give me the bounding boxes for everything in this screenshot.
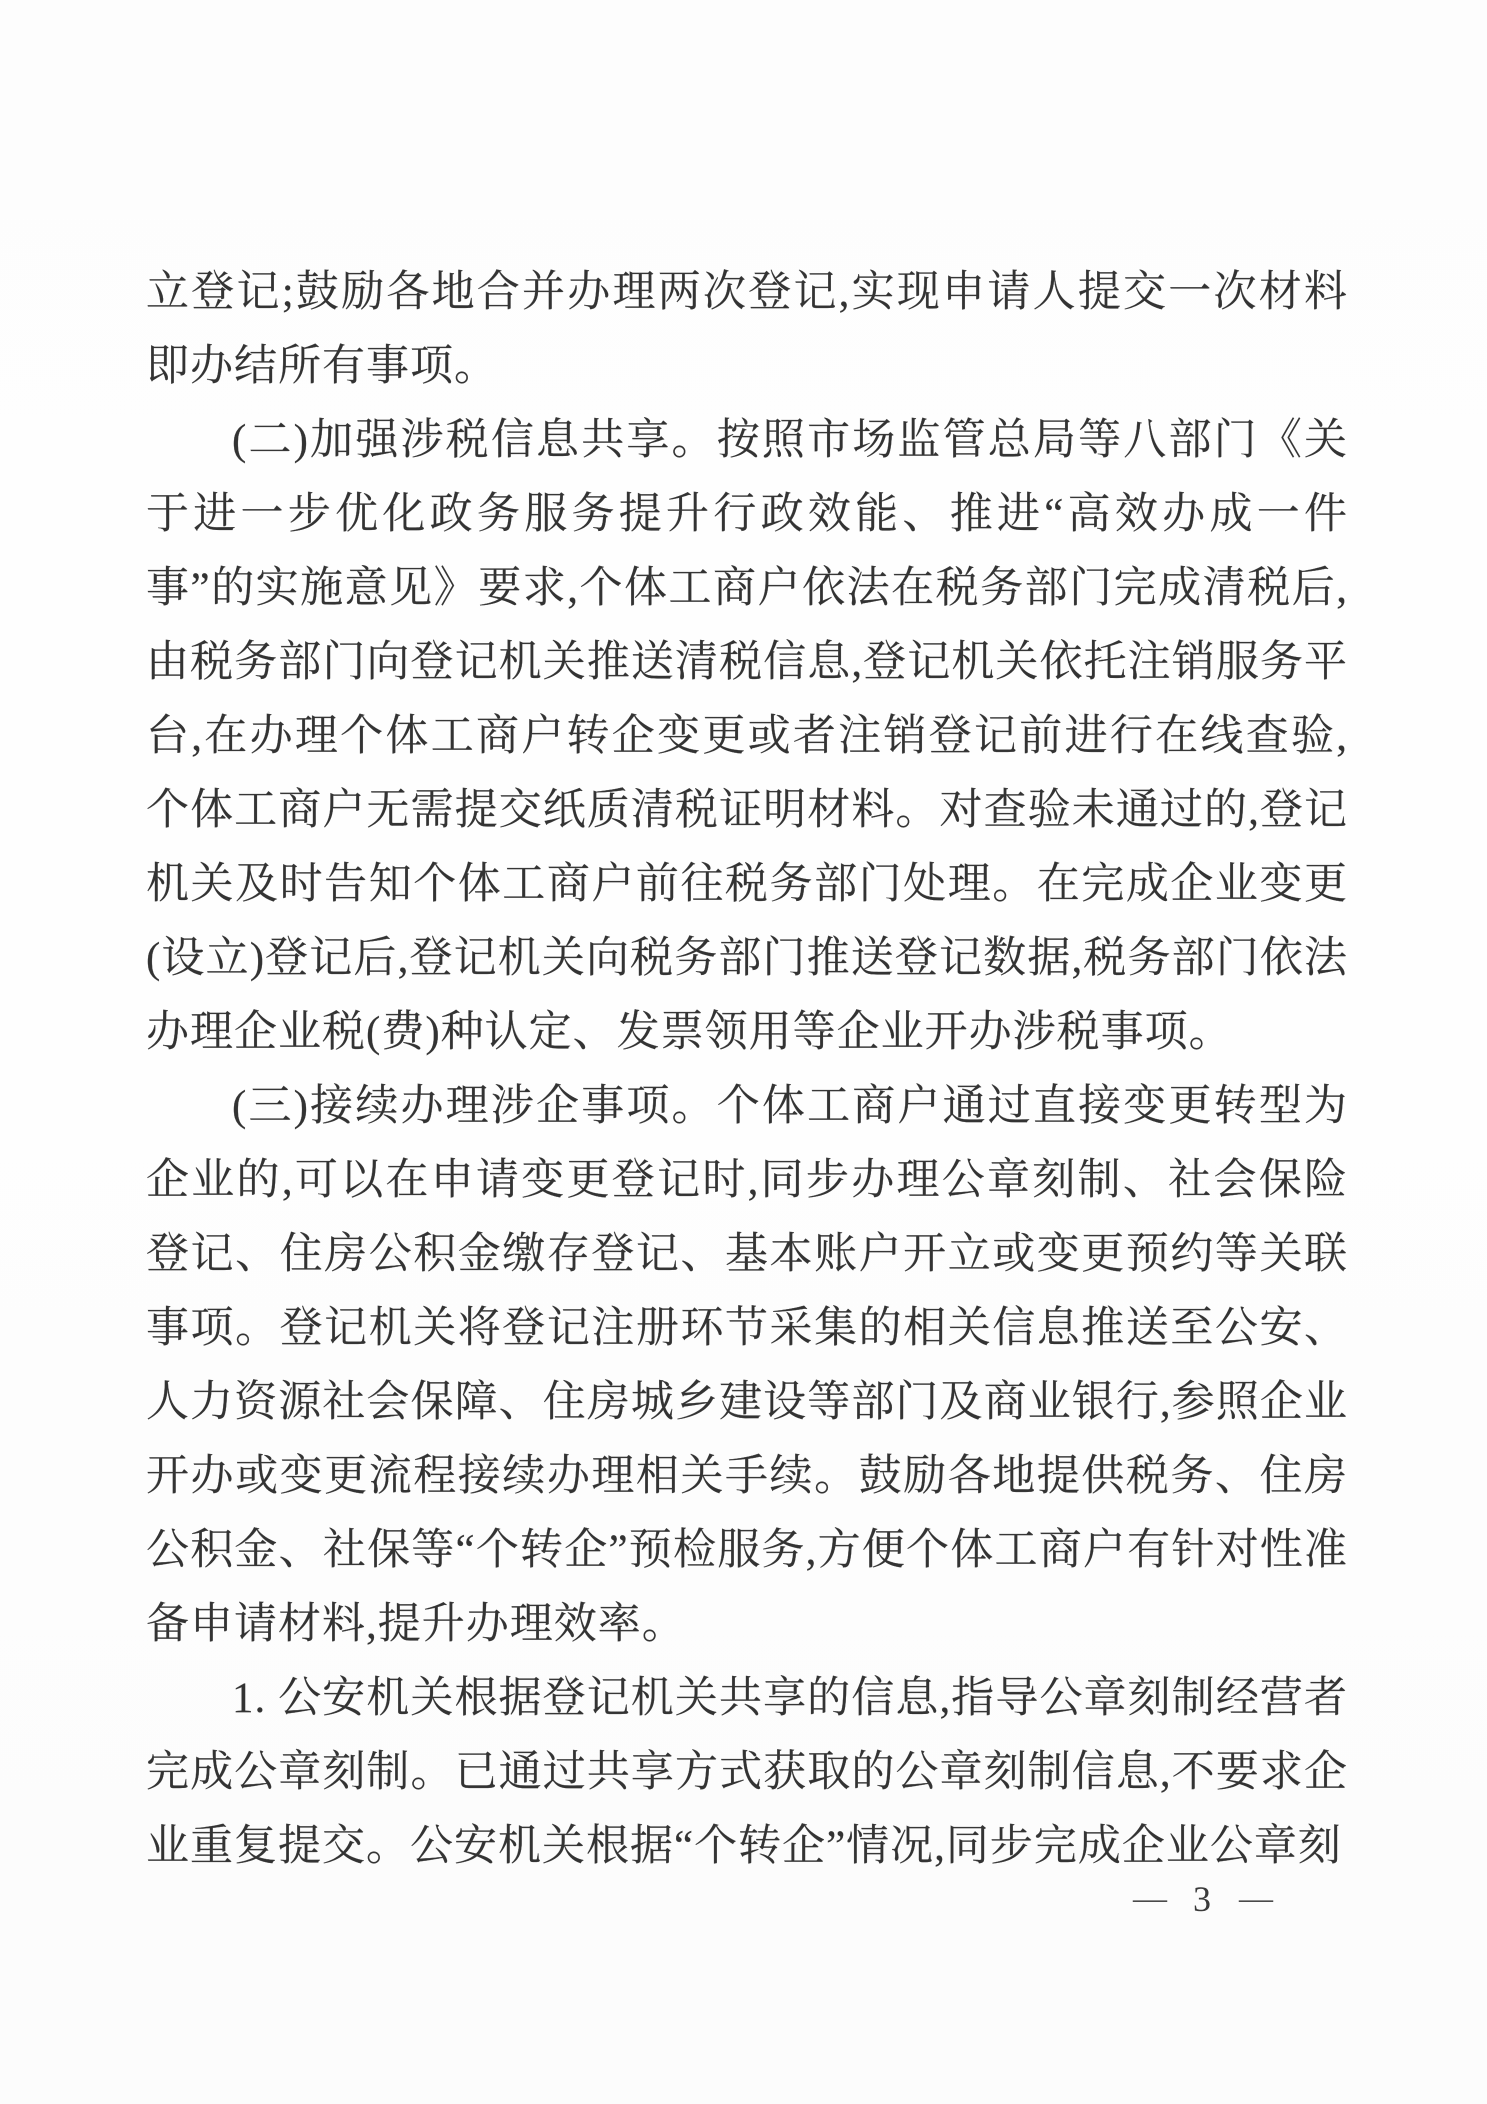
document-body: 立登记;鼓励各地合并办理两次登记,实现申请人提交一次材料即办结所有事项。 (二)… — [146, 256, 1348, 1884]
paragraph-section-3: (三)接续办理涉企事项。个体工商户通过直接变更转型为企业的,可以在申请变更登记时… — [146, 1070, 1348, 1662]
page-number: 3 — [1193, 1878, 1211, 1920]
paragraph-item-1: 1. 公安机关根据登记机关共享的信息,指导公章刻制经营者完成公章刻制。已通过共享… — [146, 1662, 1348, 1884]
page-footer: — 3 — — [1133, 1878, 1271, 1920]
paragraph-section-2: (二)加强涉税信息共享。按照市场监管总局等八部门《关于进一步优化政务服务提升行政… — [146, 404, 1348, 1070]
footer-dash-left: — — [1133, 1880, 1165, 1918]
document-page: 立登记;鼓励各地合并办理两次登记,实现申请人提交一次材料即办结所有事项。 (二)… — [0, 0, 1487, 2104]
footer-dash-right: — — [1239, 1880, 1271, 1918]
paragraph-continuation: 立登记;鼓励各地合并办理两次登记,实现申请人提交一次材料即办结所有事项。 — [146, 256, 1348, 404]
